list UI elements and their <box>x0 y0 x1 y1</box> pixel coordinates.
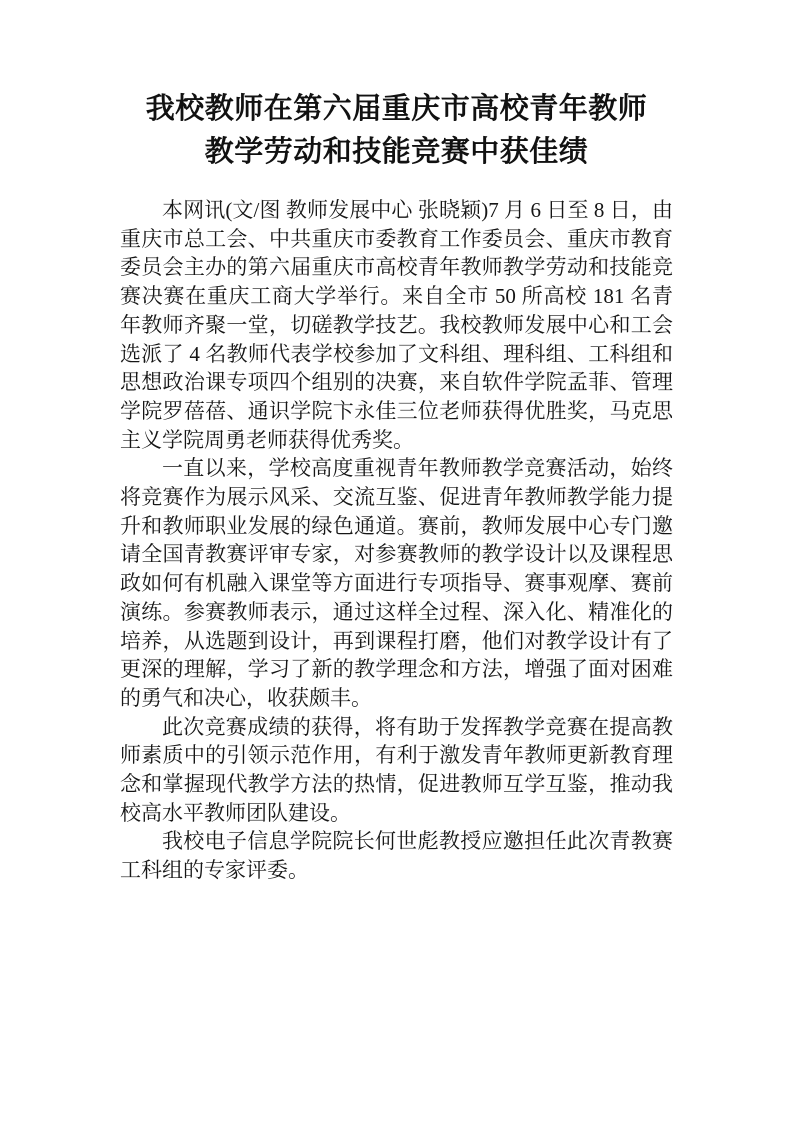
article-title: 我校教师在第六届重庆市高校青年教师 教学劳动和技能竞赛中获佳绩 <box>120 88 673 174</box>
paragraph-intro: 本网讯(文/图 教师发展中心 张晓颖)7 月 6 日至 8 日，由重庆市总工会、… <box>120 196 673 454</box>
paragraph-significance: 此次竞赛成绩的获得，将有助于发挥教学竞赛在提高教师素质中的引领示范作用，有利于激… <box>120 713 673 828</box>
paragraph-preparation: 一直以来，学校高度重视青年教师教学竞赛活动，始终将竞赛作为展示风采、交流互鉴、促… <box>120 454 673 712</box>
article-title-line-1: 我校教师在第六届重庆市高校青年教师 <box>120 88 673 131</box>
article-body: 本网讯(文/图 教师发展中心 张晓颖)7 月 6 日至 8 日，由重庆市总工会、… <box>120 196 673 885</box>
article-title-line-2: 教学劳动和技能竞赛中获佳绩 <box>120 131 673 174</box>
paragraph-judge: 我校电子信息学院院长何世彪教授应邀担任此次青教赛工科组的专家评委。 <box>120 827 673 884</box>
document-page: 我校教师在第六届重庆市高校青年教师 教学劳动和技能竞赛中获佳绩 本网讯(文/图 … <box>0 0 793 1122</box>
